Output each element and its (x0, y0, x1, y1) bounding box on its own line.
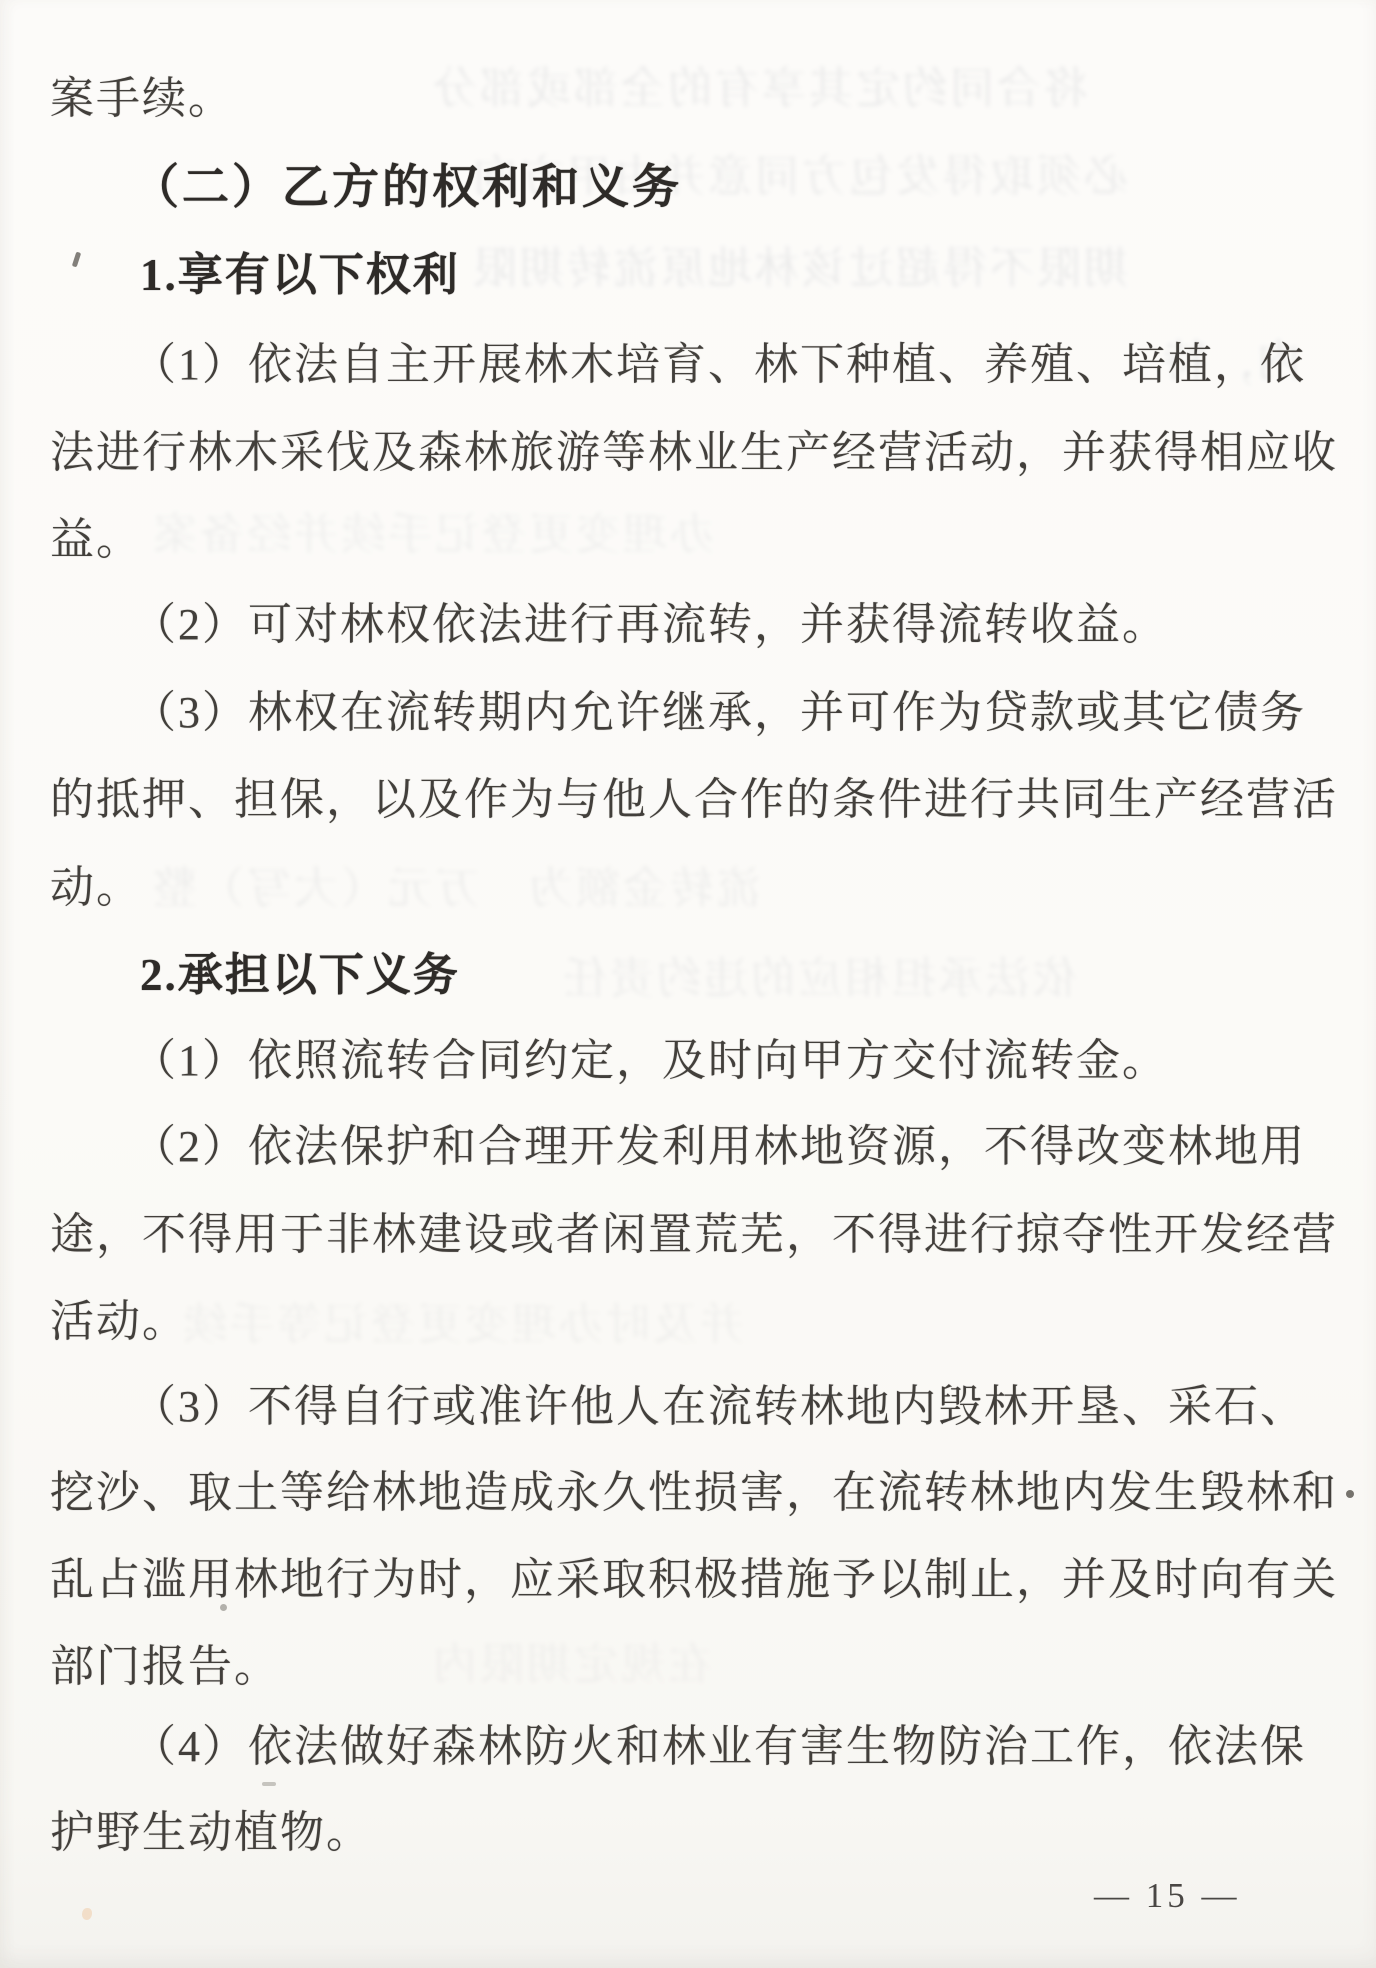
doc-line: 法进行林木采伐及森林旅游等林业生产经营活动，并获得相应收 (50, 416, 1338, 480)
doc-line: （2）可对林权依法进行再流转，并获得流转收益。 (132, 588, 1168, 652)
subheading-rights: 1.享有以下权利 (140, 238, 460, 303)
paper-speck (82, 1908, 92, 1920)
doc-line: 途，不得用于非林建设或者闲置荒芜，不得进行掠夺性开发经营 (50, 1198, 1338, 1262)
page-number: — 15 — (1094, 1876, 1241, 1916)
doc-line: 挖沙、取土等给林地造成永久性损害，在流转林地内发生毁林和 (50, 1456, 1338, 1520)
bleedthrough-text: 办理变更登记手续并经备案 (150, 498, 714, 562)
bleedthrough-text: 流转金额为 万元（大写）整 (150, 852, 761, 916)
doc-line: 动。 (50, 851, 142, 915)
doc-line: 益。 (50, 503, 142, 567)
section-heading-party-b-rights-obligations: （二）乙方的权利和义务 (132, 150, 682, 217)
subheading-obligations: 2.承担以下义务 (140, 938, 460, 1003)
doc-line: 部门报告。 (50, 1630, 280, 1694)
doc-line: 乱占滥用林地行为时，应采取积极措施予以制止，并及时向有关 (50, 1543, 1338, 1607)
doc-line-continuation: 案手续。 (50, 62, 234, 126)
bleedthrough-text: 将合同约定其享有的全部或部分 (430, 52, 1088, 116)
doc-line: （3）林权在流转期内允许继承，并可作为贷款或其它债务 (132, 676, 1306, 740)
doc-line: （1）依法自主开展林木培育、林下种植、养殖、培植，依 (132, 328, 1306, 392)
doc-line: 的抵押、担保，以及作为与他人合作的条件进行共同生产经营活 (50, 763, 1338, 827)
doc-line: （1）依照流转合同约定，及时向甲方交付流转金。 (132, 1024, 1168, 1088)
ink-dot (1346, 1490, 1354, 1498)
doc-line: （2）依法保护和合理开发利用林地资源，不得改变林地用 (132, 1110, 1306, 1174)
doc-line: （4）依法做好森林防火和林业有害生物防治工作，依法保 (132, 1710, 1306, 1774)
bleedthrough-text: 期限不得超过该林地原流转期限 (470, 232, 1128, 296)
bleedthrough-text: 在规定期限内 (430, 1628, 712, 1692)
bleedthrough-text: 并及时办理变更登记等手续 (180, 1288, 744, 1352)
scanned-contract-page: 将合同约定其享有的全部或部分 必须取得发包方同意并由甲方向 期限不得超过该林地原… (0, 0, 1376, 1968)
ink-dash (262, 1782, 276, 1786)
doc-line: （3）不得自行或准许他人在流转林地内毁林开垦、采石、 (132, 1370, 1306, 1434)
doc-line: 活动。 (50, 1285, 188, 1349)
ink-tick-mark (72, 252, 81, 268)
bleedthrough-text: 依法承担相应的违约责任 (560, 942, 1077, 1006)
doc-line: 护野生动植物。 (50, 1796, 372, 1860)
